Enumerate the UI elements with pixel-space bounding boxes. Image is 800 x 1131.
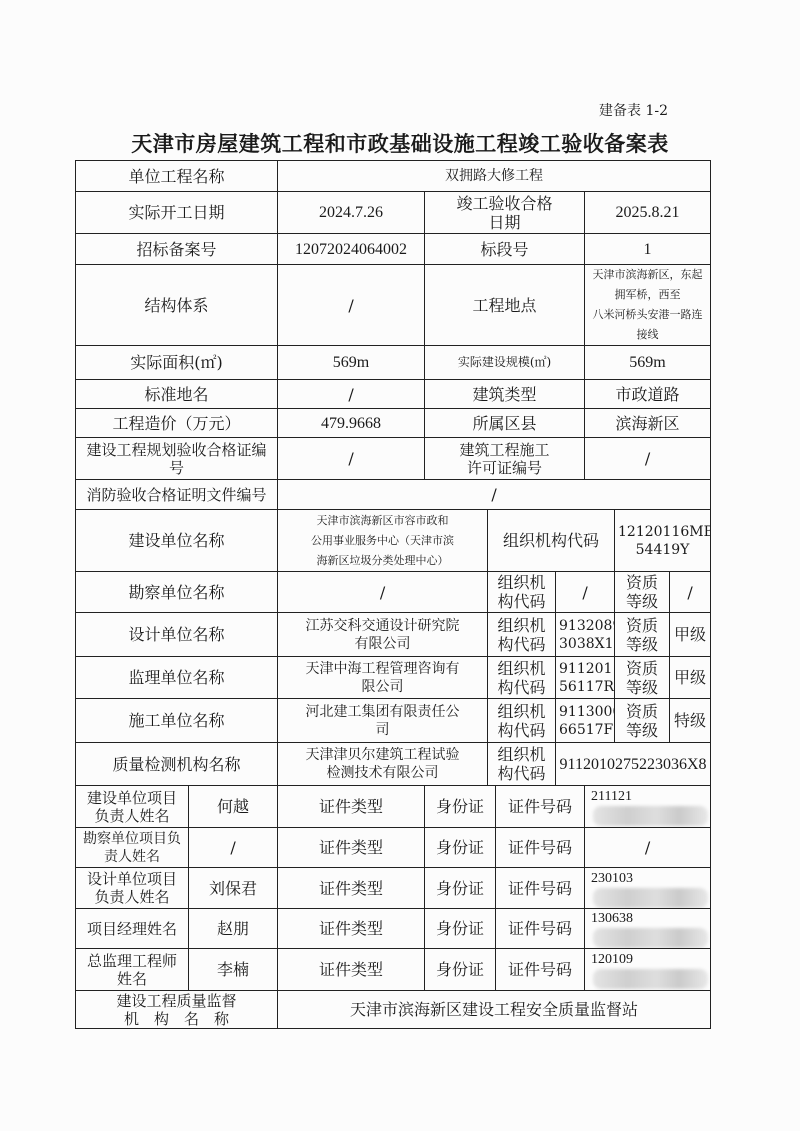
label-standard-place-name: 标准地名: [76, 380, 278, 409]
person-name: 赵朋: [189, 909, 278, 949]
value-construction-permit: /: [585, 438, 711, 480]
org-code-label-line2: 构代码: [491, 635, 552, 654]
label-supervision-unit: 监理单位名称: [76, 657, 278, 699]
value-design-unit-name: 江苏交科交通设计研究院 有限公司: [278, 613, 488, 657]
id-no-value: 120109: [585, 949, 711, 991]
row-dates: 实际开工日期 2024.7.26 竣工验收合格 日期 2025.8.21: [76, 192, 711, 234]
label-survey-unit: 勘察单位名称: [76, 572, 278, 613]
row-structure-location: 结构体系 / 工程地点 天津市滨海新区，东起拥军桥，西至 八米河桥头安港一路连接…: [76, 265, 711, 346]
label-acceptance-date: 竣工验收合格 日期: [425, 192, 585, 234]
org-code-label-line1: 组织机: [491, 616, 552, 635]
row-design-unit: 设计单位名称 江苏交科交通设计研究院 有限公司 组织机 构代码 91320891…: [76, 613, 711, 657]
value-testing-agency-name: 天津津贝尔建筑工程试验 检测技术有限公司: [278, 743, 488, 786]
id-type-label: 证件类型: [278, 909, 425, 949]
supervision-agency-label-line1: 建设工程质量监督: [79, 992, 274, 1010]
label-section-no: 标段号: [425, 234, 585, 265]
label-supervision-agency: 建设工程质量监督 机 构 名 称: [76, 991, 278, 1029]
value-section-no: 1: [585, 234, 711, 265]
label-testing-org-code: 组织机 构代码: [488, 743, 556, 786]
value-building-type: 市政道路: [585, 380, 711, 409]
person-role-label: 设计单位项目 负责人姓名: [76, 868, 189, 909]
value-tender-no: 12072024064002: [278, 234, 425, 265]
label-planning-cert-line1: 建设工程规划验收合格证编: [79, 441, 274, 459]
value-structure-system: /: [278, 265, 425, 346]
builder-name-line1: 天津市滨海新区市容市政和: [281, 511, 484, 531]
label-actual-scale: 实际建设规模(㎡): [425, 346, 585, 380]
id-no-prefix: 120109: [591, 952, 633, 967]
person-row: 建设单位项目 负责人姓名 何越 证件类型 身份证 证件号码 211121: [76, 786, 711, 828]
value-contractor-org-code: 911300001043 66517F: [556, 699, 615, 743]
person-role-line2: 负责人姓名: [79, 888, 185, 906]
label-unit-project-name: 单位工程名称: [76, 161, 278, 192]
form-code: 建备表 1-2: [599, 100, 668, 120]
person-role-line2: 姓名: [79, 970, 185, 988]
id-no-label: 证件号码: [496, 949, 585, 991]
value-fire-cert: /: [278, 480, 711, 510]
org-code-label-line1: 组织机: [491, 659, 552, 678]
label-design-org-code: 组织机 构代码: [488, 613, 556, 657]
org-code-label-line1: 组织机: [491, 745, 552, 764]
row-supervision-agency: 建设工程质量监督 机 构 名 称 天津市滨海新区建设工程安全质量监督站: [76, 991, 711, 1029]
label-construction-permit: 建筑工程施工 许可证编号: [425, 438, 585, 480]
builder-name-line3: 海新区垃圾分类处理中心）: [281, 551, 484, 571]
record-table: 单位工程名称 双拥路大修工程 实际开工日期 2024.7.26 竣工验收合格 日…: [75, 160, 711, 1029]
value-actual-area: 569m: [278, 346, 425, 380]
redacted-blur: [593, 969, 708, 989]
label-survey-qualification: 资质 等级: [615, 572, 670, 613]
supervision-name-line2: 限公司: [281, 678, 484, 696]
label-contractor-unit: 施工单位名称: [76, 699, 278, 743]
value-planning-cert: /: [278, 438, 425, 480]
value-testing-org-code: 9112010275223036X8: [556, 743, 711, 786]
value-district: 滨海新区: [585, 409, 711, 438]
design-name-line1: 江苏交科交通设计研究院: [281, 617, 484, 635]
supervision-agency-label-line2: 机 构 名 称: [79, 1010, 274, 1028]
value-unit-project-name: 双拥路大修工程: [278, 161, 711, 192]
value-contractor-unit-name: 河北建工集团有限责任公 司: [278, 699, 488, 743]
supervision-name-line1: 天津中海工程管理咨询有: [281, 660, 484, 678]
value-supervision-org-code: 911201161036 56117R: [556, 657, 615, 699]
qual-label-line1: 资质: [618, 616, 666, 635]
row-unit-project-name: 单位工程名称 双拥路大修工程: [76, 161, 711, 192]
id-type-label: 证件类型: [278, 868, 425, 909]
row-fire-cert: 消防验收合格证明文件编号 /: [76, 480, 711, 510]
label-supervision-org-code: 组织机 构代码: [488, 657, 556, 699]
value-project-location: 天津市滨海新区，东起拥军桥，西至 八米河桥头安港一路连接线: [585, 265, 711, 346]
redacted-blur: [593, 928, 708, 948]
testing-name-line1: 天津津贝尔建筑工程试验: [281, 746, 484, 764]
label-start-date: 实际开工日期: [76, 192, 278, 234]
person-role-line1: 建设单位项目: [79, 789, 185, 807]
label-planning-cert: 建设工程规划验收合格证编 号: [76, 438, 278, 480]
id-type-label: 证件类型: [278, 949, 425, 991]
label-construction-permit-line2: 许可证编号: [428, 459, 581, 477]
qual-label-line1: 资质: [618, 659, 666, 678]
value-supervision-qualification: 甲级: [670, 657, 711, 699]
label-design-unit: 设计单位名称: [76, 613, 278, 657]
label-acceptance-date-line1: 竣工验收合格: [428, 194, 581, 213]
label-acceptance-date-line2: 日期: [428, 213, 581, 232]
row-cost-district: 工程造价（万元） 479.9668 所属区县 滨海新区: [76, 409, 711, 438]
value-standard-place-name: /: [278, 380, 425, 409]
label-tender-no: 招标备案号: [76, 234, 278, 265]
row-survey-unit: 勘察单位名称 / 组织机 构代码 / 资质 等级 /: [76, 572, 711, 613]
id-type-value: 身份证: [425, 828, 496, 868]
builder-name-line2: 公用事业服务中心（天津市滨: [281, 531, 484, 551]
id-no-prefix: 230103: [591, 871, 633, 886]
contractor-code-line2: 66517F: [559, 721, 611, 739]
id-no-label: 证件号码: [496, 909, 585, 949]
qual-label-line2: 等级: [618, 678, 666, 697]
person-role-line1: 总监理工程师: [79, 952, 185, 970]
id-no-value: 130638: [585, 909, 711, 949]
qual-label-line2: 等级: [618, 721, 666, 740]
contractor-name-line1: 河北建工集团有限责任公: [281, 703, 484, 721]
builder-code-line1: 12120116MB1G: [618, 523, 707, 541]
id-no-label: 证件号码: [496, 786, 585, 828]
row-testing-agency: 质量检测机构名称 天津津贝尔建筑工程试验 检测技术有限公司 组织机 构代码 91…: [76, 743, 711, 786]
id-no-value: 230103: [585, 868, 711, 909]
value-survey-org-code: /: [556, 572, 615, 613]
label-contractor-qualification: 资质 等级: [615, 699, 670, 743]
person-name: 李楠: [189, 949, 278, 991]
row-supervision-unit: 监理单位名称 天津中海工程管理咨询有 限公司 组织机 构代码 911201161…: [76, 657, 711, 699]
org-code-label-line2: 构代码: [491, 592, 552, 611]
design-name-line2: 有限公司: [281, 635, 484, 653]
value-start-date: 2024.7.26: [278, 192, 425, 234]
row-builder-unit: 建设单位名称 天津市滨海新区市容市政和 公用事业服务中心（天津市滨 海新区垃圾分…: [76, 510, 711, 572]
label-builder-org-code: 组织机构代码: [488, 510, 615, 572]
person-role-line2: 责人姓名: [79, 848, 185, 866]
id-no-value: 211121: [585, 786, 711, 828]
value-acceptance-date: 2025.8.21: [585, 192, 711, 234]
qual-label-line2: 等级: [618, 592, 666, 611]
value-supervision-agency: 天津市滨海新区建设工程安全质量监督站: [278, 991, 711, 1029]
value-design-qualification: 甲级: [670, 613, 711, 657]
id-no-label: 证件号码: [496, 868, 585, 909]
id-type-label: 证件类型: [278, 786, 425, 828]
testing-name-line2: 检测技术有限公司: [281, 764, 484, 782]
label-testing-agency: 质量检测机构名称: [76, 743, 278, 786]
label-fire-cert: 消防验收合格证明文件编号: [76, 480, 278, 510]
label-building-type: 建筑类型: [425, 380, 585, 409]
label-supervision-qualification: 资质 等级: [615, 657, 670, 699]
person-role-line1: 勘察单位项目负: [79, 830, 185, 848]
row-certificates: 建设工程规划验收合格证编 号 / 建筑工程施工 许可证编号 /: [76, 438, 711, 480]
person-role-label: 建设单位项目 负责人姓名: [76, 786, 189, 828]
value-project-location-line2: 八米河桥头安港一路连接线: [588, 305, 707, 345]
id-no-prefix: 130638: [591, 911, 633, 926]
org-code-label-line1: 组织机: [491, 702, 552, 721]
person-name: 刘保君: [189, 868, 278, 909]
contractor-code-line1: 911300001043: [559, 703, 611, 721]
person-role-label: 项目经理姓名: [76, 909, 189, 949]
qual-label-line1: 资质: [618, 702, 666, 721]
value-supervision-unit-name: 天津中海工程管理咨询有 限公司: [278, 657, 488, 699]
row-tender: 招标备案号 12072024064002 标段号 1: [76, 234, 711, 265]
supervision-code-line2: 56117R: [559, 678, 611, 696]
person-role-label: 勘察单位项目负 责人姓名: [76, 828, 189, 868]
qual-label-line2: 等级: [618, 635, 666, 654]
person-row: 总监理工程师 姓名 李楠 证件类型 身份证 证件号码 120109: [76, 949, 711, 991]
org-code-label-line2: 构代码: [491, 678, 552, 697]
value-project-cost: 479.9668: [278, 409, 425, 438]
person-role-line1: 设计单位项目: [79, 870, 185, 888]
value-project-location-line1: 天津市滨海新区，东起拥军桥，西至: [588, 265, 707, 305]
redacted-blur: [593, 806, 708, 826]
design-code-line1: 913208911394: [559, 617, 611, 635]
label-district: 所属区县: [425, 409, 585, 438]
value-contractor-qualification: 特级: [670, 699, 711, 743]
id-type-value: 身份证: [425, 909, 496, 949]
person-role-line2: 负责人姓名: [79, 807, 185, 825]
id-type-label: 证件类型: [278, 828, 425, 868]
supervision-code-line1: 911201161036: [559, 660, 611, 678]
label-project-location: 工程地点: [425, 265, 585, 346]
row-place-type: 标准地名 / 建筑类型 市政道路: [76, 380, 711, 409]
person-role-label: 总监理工程师 姓名: [76, 949, 189, 991]
value-builder-unit-name: 天津市滨海新区市容市政和 公用事业服务中心（天津市滨 海新区垃圾分类处理中心）: [278, 510, 488, 572]
label-design-qualification: 资质 等级: [615, 613, 670, 657]
label-contractor-org-code: 组织机 构代码: [488, 699, 556, 743]
person-name: /: [189, 828, 278, 868]
label-structure-system: 结构体系: [76, 265, 278, 346]
id-type-value: 身份证: [425, 868, 496, 909]
page-title: 天津市房屋建筑工程和市政基础设施工程竣工验收备案表: [0, 128, 800, 158]
org-code-label-line2: 构代码: [491, 764, 552, 783]
value-design-org-code: 913208911394 3038X1: [556, 613, 615, 657]
label-builder-unit: 建设单位名称: [76, 510, 278, 572]
label-actual-area: 实际面积(㎡): [76, 346, 278, 380]
person-row: 勘察单位项目负 责人姓名 / 证件类型 身份证 证件号码 /: [76, 828, 711, 868]
value-actual-scale: 569m: [585, 346, 711, 380]
value-survey-qualification: /: [670, 572, 711, 613]
qual-label-line1: 资质: [618, 573, 666, 592]
id-no-value: /: [585, 828, 711, 868]
id-no-prefix: 211121: [591, 789, 632, 804]
design-code-line2: 3038X1: [559, 635, 611, 653]
row-area: 实际面积(㎡) 569m 实际建设规模(㎡) 569m: [76, 346, 711, 380]
label-project-cost: 工程造价（万元）: [76, 409, 278, 438]
label-planning-cert-line2: 号: [79, 459, 274, 477]
contractor-name-line2: 司: [281, 721, 484, 739]
label-survey-org-code: 组织机 构代码: [488, 572, 556, 613]
value-builder-org-code: 12120116MB1G 54419Y: [615, 510, 711, 572]
org-code-label-line2: 构代码: [491, 721, 552, 740]
person-name: 何越: [189, 786, 278, 828]
row-contractor-unit: 施工单位名称 河北建工集团有限责任公 司 组织机 构代码 91130000104…: [76, 699, 711, 743]
person-row: 设计单位项目 负责人姓名 刘保君 证件类型 身份证 证件号码 230103: [76, 868, 711, 909]
redacted-blur: [593, 888, 708, 908]
id-type-value: 身份证: [425, 786, 496, 828]
id-no-label: 证件号码: [496, 828, 585, 868]
id-type-value: 身份证: [425, 949, 496, 991]
label-construction-permit-line1: 建筑工程施工: [428, 441, 581, 459]
org-code-label-line1: 组织机: [491, 573, 552, 592]
builder-code-line2: 54419Y: [618, 541, 707, 559]
value-survey-unit-name: /: [278, 572, 488, 613]
person-row: 项目经理姓名 赵朋 证件类型 身份证 证件号码 130638: [76, 909, 711, 949]
